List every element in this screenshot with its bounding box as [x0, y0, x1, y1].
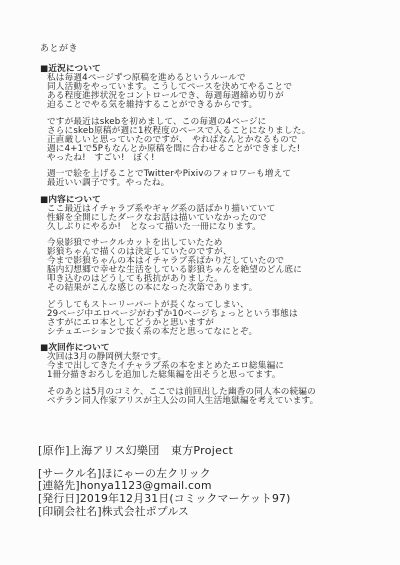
paragraph: 週一で絵を上げることでTwitterやPixivのフォロワーも増えて 最近いい調… [47, 170, 380, 188]
paragraph: ですが最近はskebを初めまして、この毎週の4ページに さらにskeb原稿が週に… [47, 118, 380, 163]
paragraph: 今泉影狼でサークルカットを出していたため 影狼ちゃんで描くのは決定していたのです… [47, 239, 380, 293]
section-recent-status: ■近況について 私は毎週4ページずつ原稿を進めるというルールで 同人活動をやって… [40, 65, 380, 188]
paragraph: 次回は3月の静岡例大祭です。 今まで出してきたイチャラブ系の本をまとめたエロ総集… [47, 353, 380, 380]
colophon-publish-date: [発行日]2019年12月31日(コミックマーケット97) [38, 493, 380, 506]
paragraph: そのあとは5月のコミケ、ここでは前回出した幽香の同人本の続編の ベテラン同人作家… [47, 388, 380, 406]
paragraph: ここ最近はイチャラブ系やギャグ系の話ばかり描いていて 性癖を全開にしたダークなお… [47, 205, 380, 232]
paragraph: どうしてもストーリーパートが長くなってしまい、 29ページ中エロページがわずか1… [47, 301, 380, 337]
section-content: ■内容について ここ最近はイチャラブ系やギャグ系の話ばかり描いていて 性癖を全開… [40, 196, 380, 337]
afterword-page: あとがき ■近況について 私は毎週4ページずつ原稿を進めるというルールで 同人活… [0, 0, 400, 565]
colophon-printing-company: [印刷会社名]株式会社ポプルス [38, 506, 380, 519]
paragraph: 私は毎週4ページずつ原稿を進めるというルールで 同人活動をやっています。こうして… [47, 74, 380, 110]
page-title: あとがき [40, 45, 380, 54]
colophon: [サークル名]ほにゃーの左クリック [連絡先]honya1123@gmail.c… [38, 468, 380, 519]
original-work-credit: [原作]上海アリス幻樂団 東方Project [38, 445, 380, 457]
section-next-work: ■次回作について 次回は3月の静岡例大祭です。 今まで出してきたイチャラブ系の本… [40, 344, 380, 406]
